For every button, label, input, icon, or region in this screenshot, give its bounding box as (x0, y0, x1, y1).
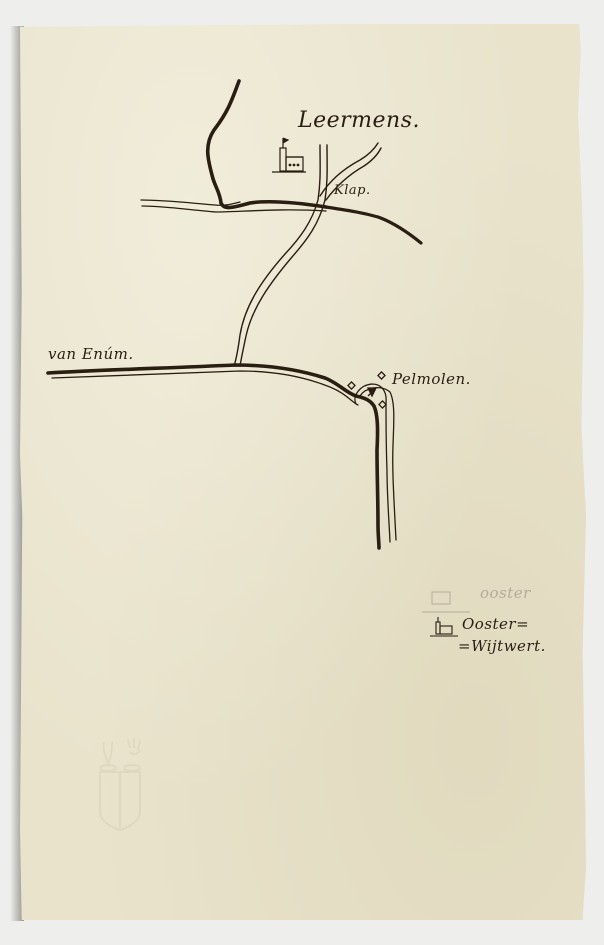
stream-north (208, 81, 326, 208)
church-icon (430, 617, 458, 636)
place-label-leermens: Leermens. (298, 108, 420, 133)
road-west-top (141, 200, 240, 205)
pencil-note: ooster (480, 584, 531, 602)
canal-van-enum (48, 365, 379, 548)
place-label-wijtwert: =Wijtwert. (458, 637, 546, 655)
place-label-klap: Klap. (334, 183, 371, 198)
canal-east (326, 207, 421, 243)
place-label-van-enum: van Enúm. (48, 345, 134, 363)
place-label-ooster: Ooster= (462, 615, 529, 633)
church-icon (272, 138, 306, 172)
canal-south-left (355, 384, 390, 542)
coat-of-arms-emboss-icon (90, 732, 150, 832)
place-label-pelmolen: Pelmolen. (392, 370, 471, 388)
